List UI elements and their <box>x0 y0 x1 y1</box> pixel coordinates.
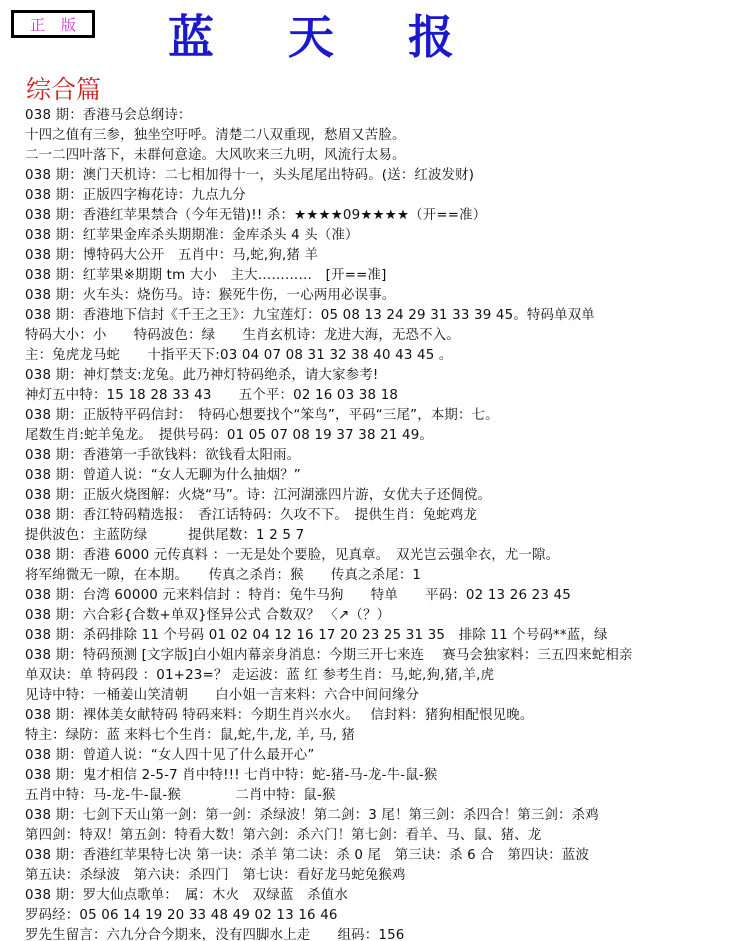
title-char: 报 <box>408 1 442 67</box>
text-line: 038 期：罗大仙点歌单： 属：木火 双绿蓝 杀值水 <box>25 886 741 906</box>
text-line: 038 期：裸体美女献特码 特码来料：今期生肖兴水火。 信封料：猪狗相配恨见晚。 <box>25 706 741 726</box>
text-line: 038 期：正版火烧图解：火烧“马”。诗：江河湖涨四片游，女优夫子还倜傥。 <box>25 486 741 506</box>
title-char: 天 <box>288 1 322 67</box>
text-line: 主：兔虎龙马蛇 十指平天下:03 04 07 08 31 32 38 40 43… <box>25 346 741 366</box>
section-heading: 综合篇 <box>26 70 101 106</box>
page-title: 蓝 天 报 <box>168 4 442 64</box>
text-line: 038 期：神灯禁支:龙兔。此乃神灯特码绝杀，请大家参考! <box>25 366 741 386</box>
text-line: 第五诀：杀绿波 第六诀：杀四门 第七诀：看好龙马蛇兔猴鸡 <box>25 866 741 886</box>
text-line: 038 期：正版特平码信封： 特码心想要找个“笨鸟”，平码“三尾”，本期：七。 <box>25 406 741 426</box>
badge-char: 正 <box>30 14 45 35</box>
text-line: 038 期：六合彩{合数+单双}怪异公式 合数双？ 〈↗（？） <box>25 606 741 626</box>
text-line: 特主：绿防：蓝 来料七个生肖：鼠,蛇,牛,龙, 羊, 马, 猪 <box>25 726 741 746</box>
text-line: 038 期：特码预测 [文字版]白小姐内幕亲身消息：今期三开七来连 赛马会独家料… <box>25 646 741 666</box>
text-line: 038 期：杀码排除 11 个号码 01 02 04 12 16 17 20 2… <box>25 626 741 646</box>
text-line: 038 期：正版四字梅花诗：九点九分 <box>25 186 741 206</box>
text-line: 罗先生留言：六九分合今期来，没有四脚水上走 组码：156 <box>25 926 741 941</box>
text-line: 038 期：七剑下天山第一剑：第一剑：杀绿波！第二剑：3 尾！第三剑：杀四合！第… <box>25 806 741 826</box>
text-line: 提供波色：主蓝防绿 提供尾数：1 2 5 7 <box>25 526 741 546</box>
text-line: 将军绵微无一隙，在本期。 传真之杀肖：猴 传真之杀尾：1 <box>25 566 741 586</box>
authentic-badge: 正 版 <box>11 10 95 38</box>
text-line: 038 期：香港马会总纲诗： <box>25 106 741 126</box>
text-line: 第四剑：特双！第五剑：特看大数！第六剑：杀六门！第七剑：看羊、马、鼠、猪、龙 <box>25 826 741 846</box>
text-line: 038 期：澳门天机诗：二七相加得十一，头头尾尾出特码。(送：红波发财) <box>25 166 741 186</box>
text-line: 十四之值有三参，独坐空吁呼。清楚二八双重现，愁眉又苦脸。 <box>25 126 741 146</box>
text-line: 特码大小：小 特码波色：绿 生肖玄机诗：龙进大海，无恐不入。 <box>25 326 741 346</box>
text-line: 038 期：香港第一手欲钱料：欲钱看太阳雨。 <box>25 446 741 466</box>
text-line: 见诗中特：一桶姜山笑清朝 白小姐一言来料：六合中间问缘分 <box>25 686 741 706</box>
text-line: 038 期：博特码大公开 五肖中：马,蛇,狗,猪 羊 <box>25 246 741 266</box>
title-char: 蓝 <box>168 1 202 67</box>
text-line: 二一二四叶落下，未群何意途。大风吹来三九明，风流行太易。 <box>25 146 741 166</box>
text-line: 038 期：曾道人说：“女人四十见了什么最开心” <box>25 746 741 766</box>
text-line: 038 期：火车头：烧伤马。诗：猴死牛伤，一心两用必误事。 <box>25 286 741 306</box>
text-line: 038 期：台湾 60000 元来料信封 ：特肖：兔牛马狗 特单 平码：02 1… <box>25 586 741 606</box>
text-line: 038 期：红苹果金库杀头期期准：金库杀头 4 头（准） <box>25 226 741 246</box>
text-line: 尾数生肖:蛇羊兔龙。 提供号码：01 05 07 08 19 37 38 21 … <box>25 426 741 446</box>
text-line: 罗码经：05 06 14 19 20 33 48 49 02 13 16 46 <box>25 906 741 926</box>
text-line: 038 期：香港红苹果禁合（今年无错)!! 杀：★★★★09★★★★（开==准） <box>25 206 741 226</box>
text-line: 038 期：香港地下信封《千王之王》：九宝莲灯：05 08 13 24 29 3… <box>25 306 741 326</box>
text-line: 神灯五中特：15 18 28 33 43 五个平：02 16 03 38 18 <box>25 386 741 406</box>
text-line: 038 期：鬼才相信 2-5-7 肖中特!!! 七肖中特：蛇-猪-马-龙-牛-鼠… <box>25 766 741 786</box>
text-line: 038 期：香港 6000 元传真料 ：一无是处个要脸，见真章。 双光岂云强伞衣… <box>25 546 741 566</box>
text-line: 038 期：香江特码精选报： 香江话特码：久攻不下。 提供生肖：兔蛇鸡龙 <box>25 506 741 526</box>
text-line: 038 期：香港红苹果特七决 第一诀：杀羊 第二诀：杀 0 尾 第三诀：杀 6 … <box>25 846 741 866</box>
text-line: 五肖中特：马-龙-牛-鼠-猴 二肖中特：鼠-猴 <box>25 786 741 806</box>
content-lines: 038 期：香港马会总纲诗：十四之值有三参，独坐空吁呼。清楚二八双重现，愁眉又苦… <box>25 106 741 941</box>
text-line: 038 期：红苹果※期期 tm 大小 主大………… [开==准] <box>25 266 741 286</box>
badge-char: 版 <box>61 14 76 35</box>
text-line: 038 期：曾道人说：“女人无聊为什么抽烟？” <box>25 466 741 486</box>
text-line: 单双诀：单 特码段 ：01+23=？ 走运波：蓝 红 参考生肖：马,蛇,狗,猪,… <box>25 666 741 686</box>
